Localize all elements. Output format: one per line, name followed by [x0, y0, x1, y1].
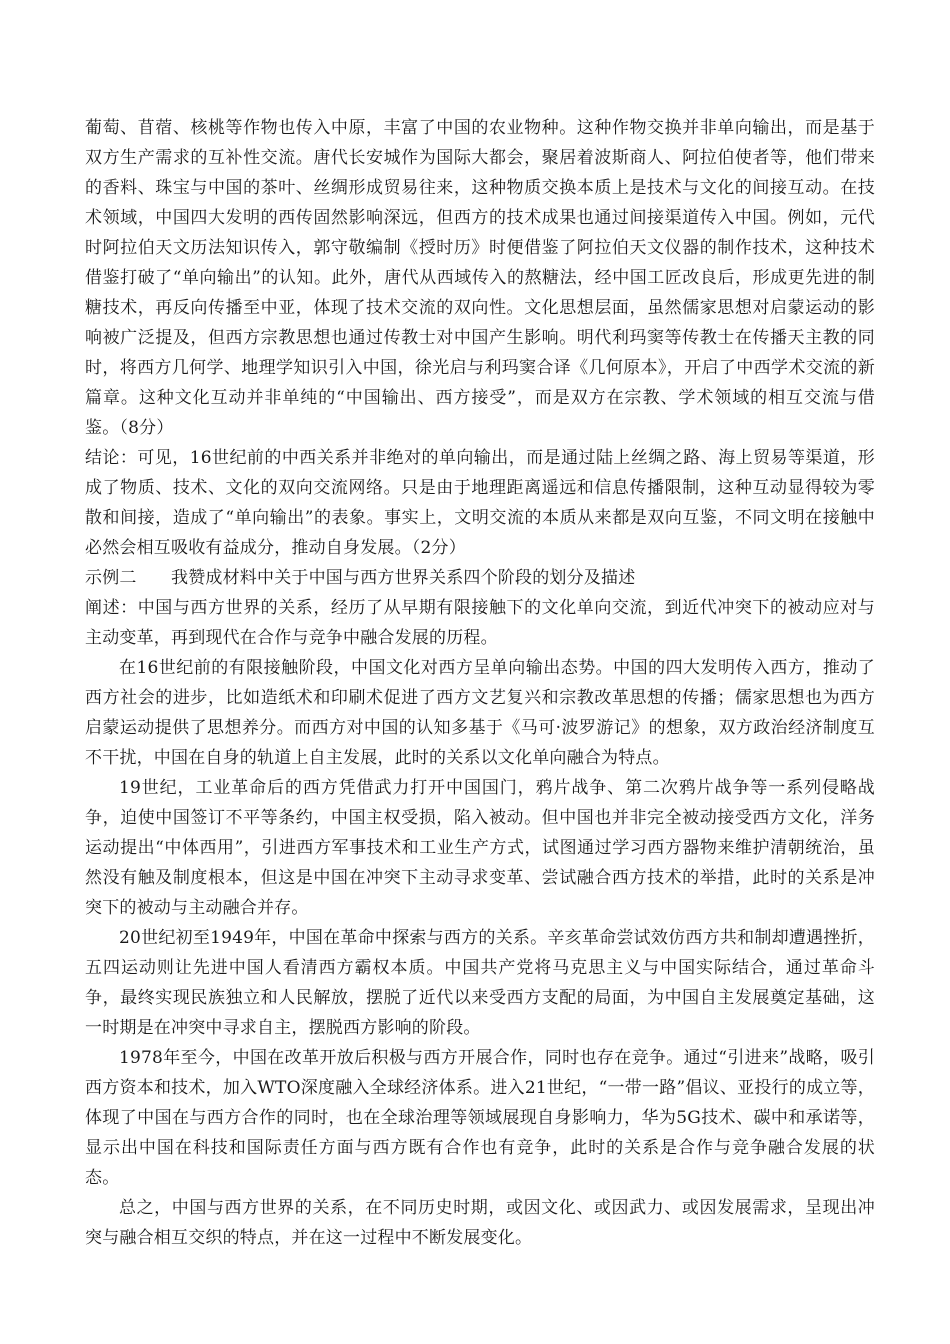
document-page: 葡萄、苜蓿、核桃等作物也传入中原，丰富了中国的农业物种。这种作物交换并非单向输出… — [0, 0, 950, 1344]
paragraph: 19世纪，工业革命后的西方凭借武力打开中国国门，鸦片战争、第二次鸦片战争等一系列… — [85, 773, 875, 923]
paragraph: 示例二 我赞成材料中关于中国与西方世界关系四个阶段的划分及描述 — [85, 563, 875, 593]
paragraph: 在16世纪前的有限接触阶段，中国文化对西方呈单向输出态势。中国的四大发明传入西方… — [85, 653, 875, 773]
paragraph: 1978年至今，中国在改革开放后积极与西方开展合作，同时也存在竞争。通过“引进来… — [85, 1043, 875, 1193]
paragraph: 葡萄、苜蓿、核桃等作物也传入中原，丰富了中国的农业物种。这种作物交换并非单向输出… — [85, 113, 875, 443]
document-body: 葡萄、苜蓿、核桃等作物也传入中原，丰富了中国的农业物种。这种作物交换并非单向输出… — [85, 113, 875, 1253]
paragraph: 阐述：中国与西方世界的关系，经历了从早期有限接触下的文化单向交流，到近代冲突下的… — [85, 593, 875, 653]
paragraph: 20世纪初至1949年，中国在革命中探索与西方的关系。辛亥革命尝试效仿西方共和制… — [85, 923, 875, 1043]
paragraph: 总之，中国与西方世界的关系，在不同历史时期，或因文化、或因武力、或因发展需求，呈… — [85, 1193, 875, 1253]
paragraph: 结论：可见，16世纪前的中西关系并非绝对的单向输出，而是通过陆上丝绸之路、海上贸… — [85, 443, 875, 563]
